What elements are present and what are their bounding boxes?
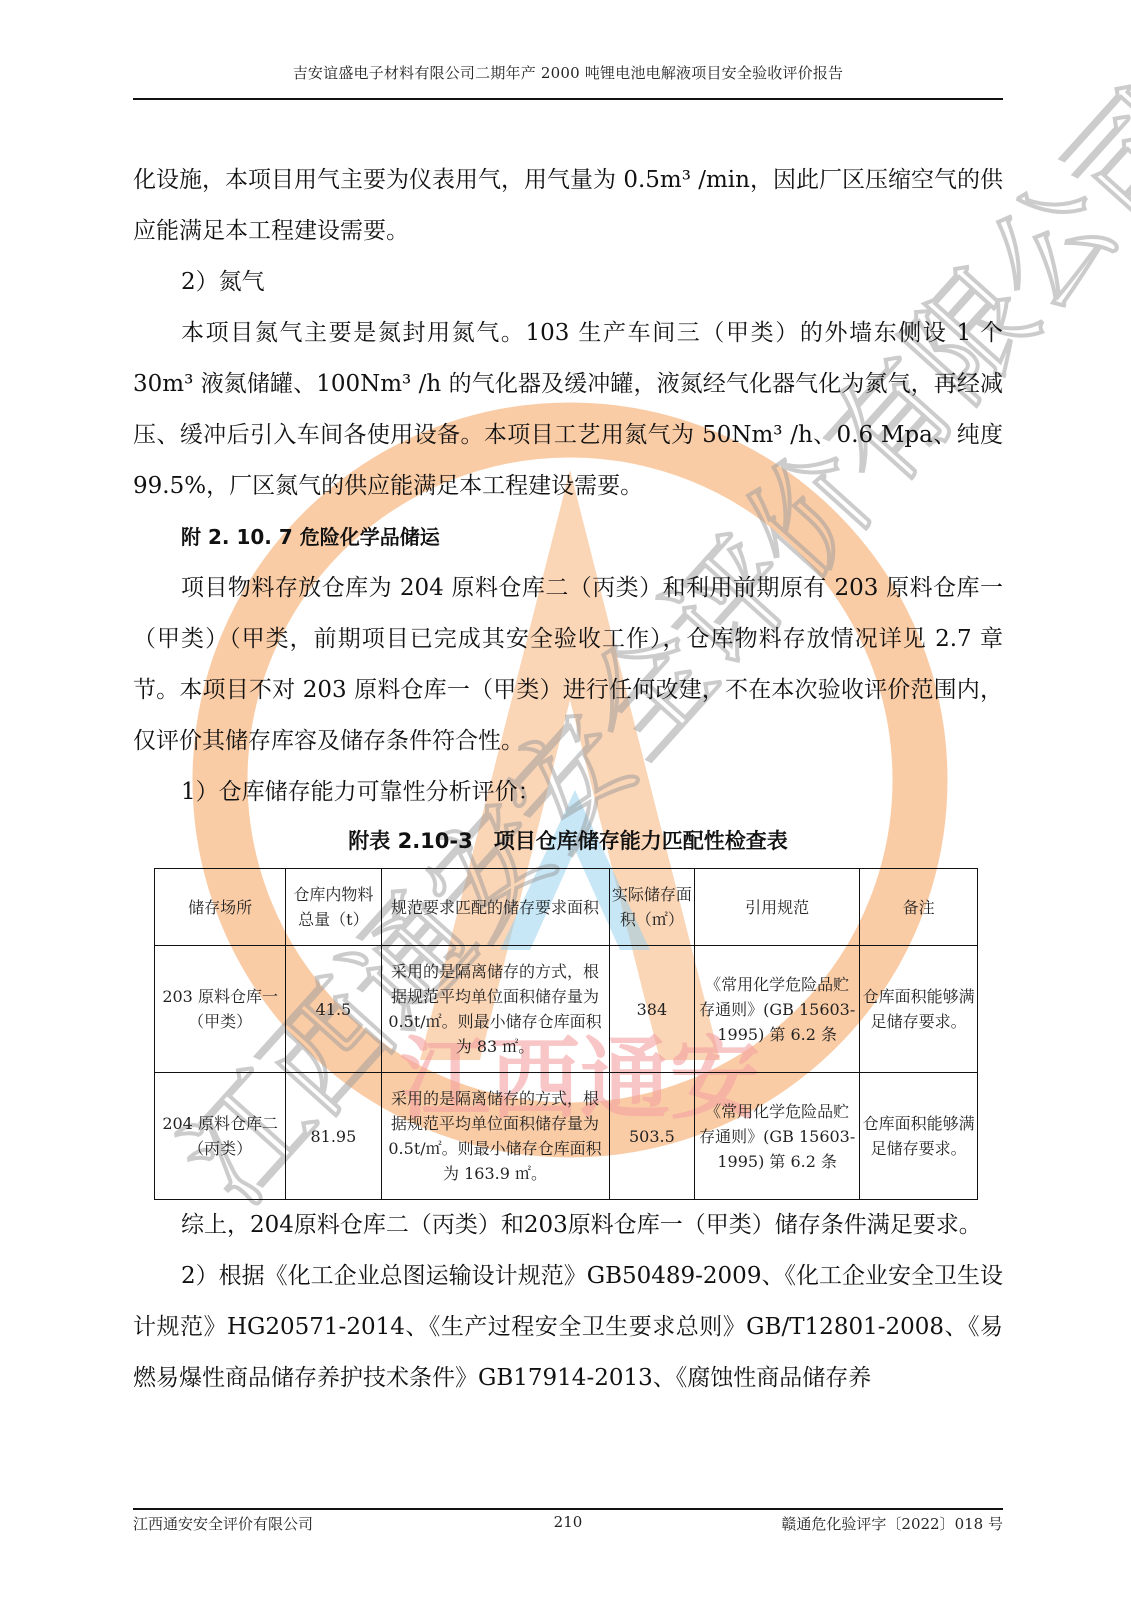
page-number: 210 [423, 1513, 713, 1534]
cell-actual-area: 503.5 [609, 1073, 695, 1200]
col-header-required-area: 规范要求匹配的储存要求面积 [381, 869, 609, 946]
subheading-nitrogen: 2）氮气 [133, 257, 1003, 308]
cell-actual-area: 384 [609, 946, 695, 1073]
footer-divider [133, 1508, 1003, 1510]
page-header-title: 吉安谊盛电子材料有限公司二期年产 2000 吨锂电池电解液项目安全验收评价报告 [133, 62, 1003, 83]
table-row: 203 原料仓库一（甲类） 41.5 采用的是隔离储存的方式，根据规范平均单位面… [155, 946, 978, 1073]
col-header-remark: 备注 [860, 869, 978, 946]
cell-required-area: 采用的是隔离储存的方式，根据规范平均单位面积储存量为 0.5t/㎡。则最小储存仓… [381, 946, 609, 1073]
paragraph-conclusion: 综上，204原料仓库二（丙类）和203原料仓库一（甲类）储存条件满足要求。 [133, 1200, 1003, 1251]
cell-remark: 仓库面积能够满足储存要求。 [860, 946, 978, 1073]
table-row: 204 原料仓库二（丙类） 81.95 采用的是隔离储存的方式，根据规范平均单位… [155, 1073, 978, 1200]
storage-capacity-table: 储存场所 仓库内物料总量（t） 规范要求匹配的储存要求面积 实际储存面积（㎡） … [154, 868, 978, 1200]
footer-doc-number: 赣通危化验评字〔2022〕018 号 [713, 1513, 1003, 1534]
paragraph-warehouse-storage: 项目物料存放仓库为 204 原料仓库二（丙类）和利用前期原有 203 原料仓库一… [133, 563, 1003, 767]
cell-total: 41.5 [286, 946, 381, 1073]
cell-required-area: 采用的是隔离储存的方式，根据规范平均单位面积储存量为 0.5t/㎡。则最小储存仓… [381, 1073, 609, 1200]
paragraph-nitrogen: 本项目氮气主要是氮封用氮气。103 生产车间三（甲类）的外墙东侧设 1 个 30… [133, 308, 1003, 512]
cell-total: 81.95 [286, 1073, 381, 1200]
header-divider [133, 98, 1003, 100]
cell-remark: 仓库面积能够满足储存要求。 [860, 1073, 978, 1200]
table-header-row: 储存场所 仓库内物料总量（t） 规范要求匹配的储存要求面积 实际储存面积（㎡） … [155, 869, 978, 946]
cell-location: 203 原料仓库一（甲类） [155, 946, 286, 1073]
subheading-capacity-analysis: 1）仓库储存能力可靠性分析评价： [133, 767, 1003, 818]
section-heading-hazardous-chemicals: 附 2. 10. 7 危险化学品储运 [133, 512, 1003, 563]
col-header-standard: 引用规范 [695, 869, 860, 946]
col-header-actual-area: 实际储存面积（㎡） [609, 869, 695, 946]
col-header-total: 仓库内物料总量（t） [286, 869, 381, 946]
footer-company: 江西通安安全评价有限公司 [133, 1513, 423, 1534]
cell-standard: 《常用化学危险品贮存通则》(GB 15603-1995) 第 6.2 条 [695, 946, 860, 1073]
table-title: 附表 2.10-3 项目仓库储存能力匹配性检查表 [133, 826, 1003, 856]
col-header-location: 储存场所 [155, 869, 286, 946]
cell-standard: 《常用化学危险品贮存通则》(GB 15603-1995) 第 6.2 条 [695, 1073, 860, 1200]
paragraph-standards: 2）根据《化工企业总图运输设计规范》GB50489-2009、《化工企业安全卫生… [133, 1251, 1003, 1404]
cell-location: 204 原料仓库二（丙类） [155, 1073, 286, 1200]
document-body: 化设施，本项目用气主要为仪表用气，用气量为 0.5m³ /min，因此厂区压缩空… [133, 155, 1003, 1404]
paragraph-compressed-air: 化设施，本项目用气主要为仪表用气，用气量为 0.5m³ /min，因此厂区压缩空… [133, 155, 1003, 257]
page-footer: 江西通安安全评价有限公司 210 赣通危化验评字〔2022〕018 号 [133, 1513, 1003, 1534]
